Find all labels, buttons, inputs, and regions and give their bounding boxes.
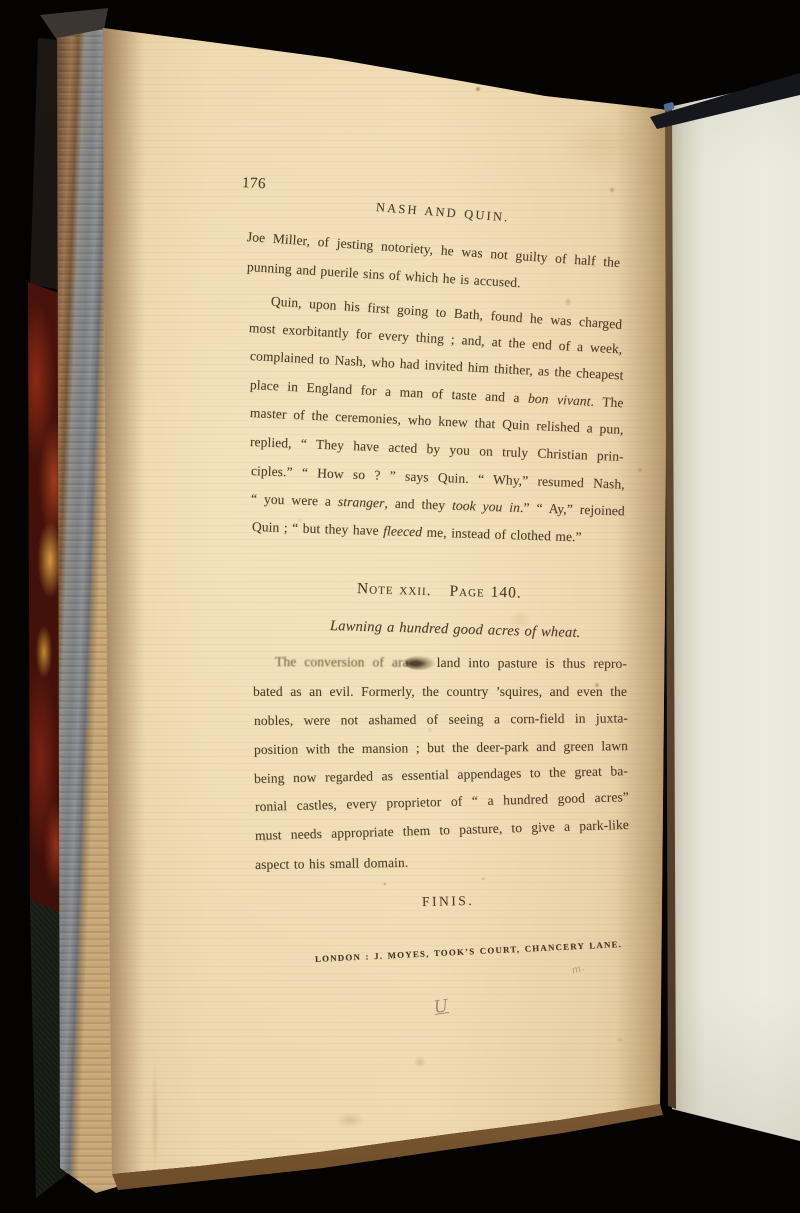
italic-text: took you in xyxy=(452,498,520,515)
body-text: land into pasture is thus repro- xyxy=(437,655,627,671)
page-number: 176 xyxy=(241,173,266,195)
note-page-ref: Page 140. xyxy=(449,583,522,602)
body-line: bated as an evil. Formerly, the country … xyxy=(253,681,627,702)
body-line: nobles, were not ashamed of seeing a cor… xyxy=(254,707,628,731)
body-line: The conversion of araland into pasture i… xyxy=(253,651,627,674)
note-number: Note xxii. xyxy=(357,580,432,599)
finis-label: FINIS. xyxy=(422,890,475,912)
italic-text: bon vivant xyxy=(528,391,591,409)
body-text: “ you were a xyxy=(251,491,338,509)
body-text: me, instead of clothed me.” xyxy=(422,524,582,544)
body-text: . The xyxy=(590,394,624,411)
body-text: .” “ Ay,” rejoined xyxy=(520,500,625,518)
italic-text: stranger xyxy=(338,494,385,511)
body-line: position with the mansion ; but the deer… xyxy=(254,735,628,760)
pencil-mark-u: U xyxy=(433,996,450,1019)
smudged-word: The conversion of ara xyxy=(275,654,409,670)
body-text: Quin ; “ but they have xyxy=(252,519,384,538)
ink-smudge xyxy=(405,656,435,670)
body-text: , and they xyxy=(384,495,452,512)
italic-text: fleeced xyxy=(383,523,422,539)
book-photo: 176 NASH AND QUIN. Joe Miller, of jestin… xyxy=(0,0,800,1213)
